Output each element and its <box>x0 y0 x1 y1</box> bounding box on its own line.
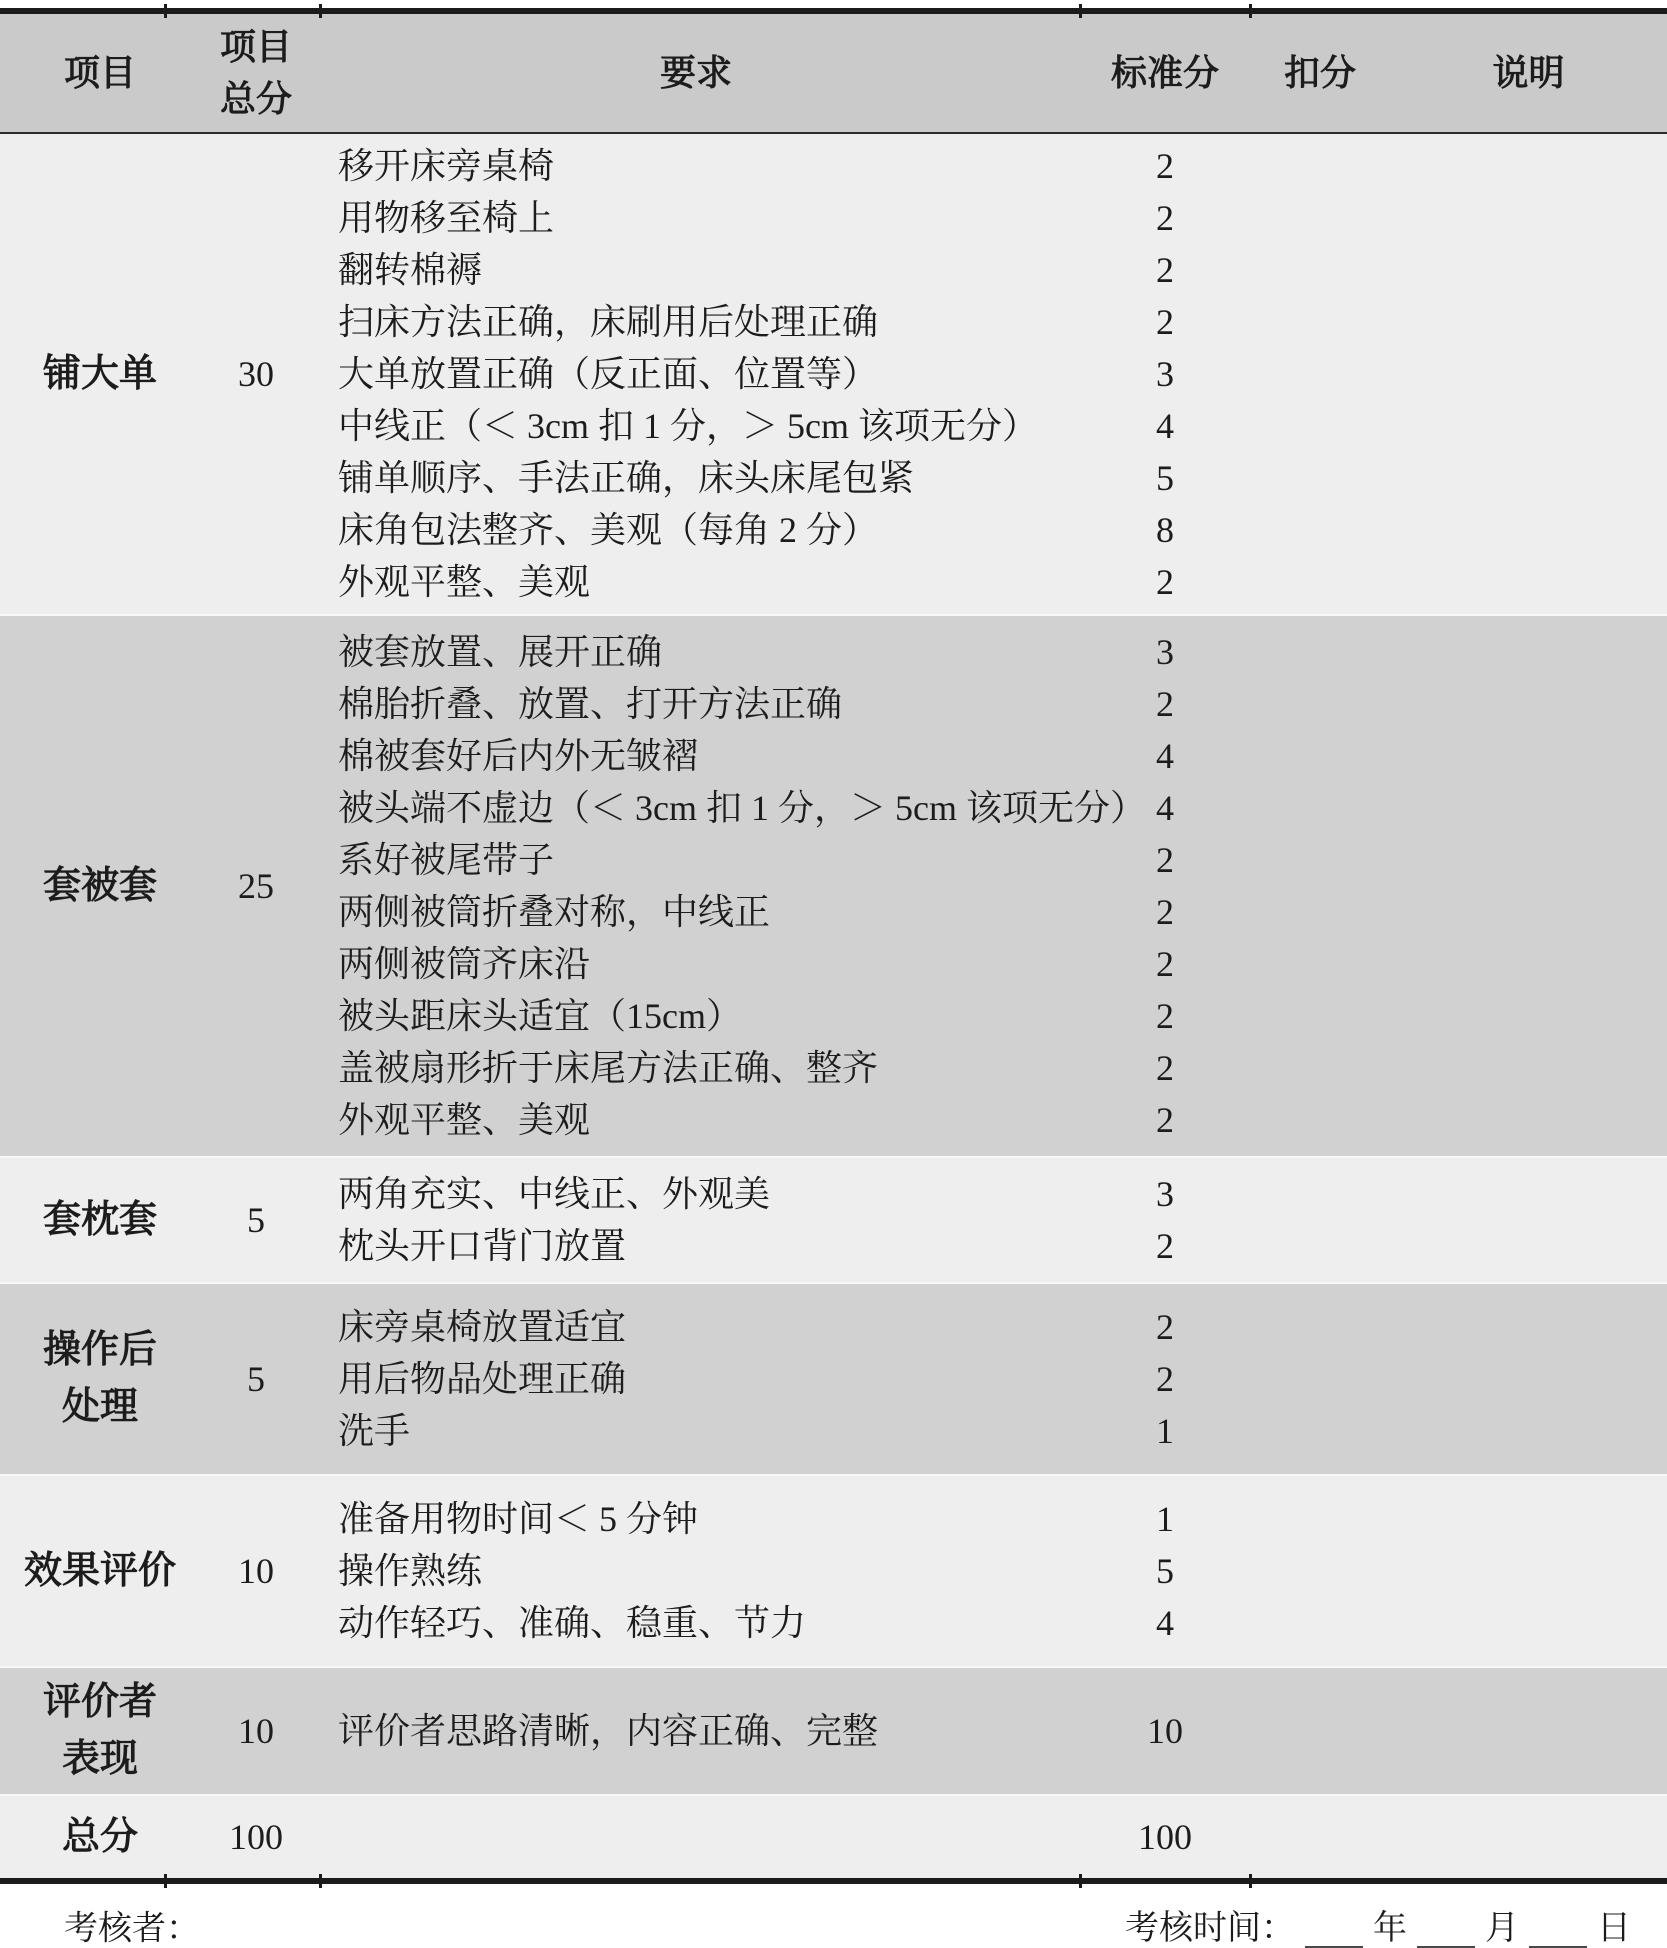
standard-score-cell: 2 <box>1080 1094 1250 1146</box>
deduction-cell <box>1250 834 1390 886</box>
requirement-cell: 枕头开口背门放置 <box>312 1220 1080 1272</box>
standard-score-cell: 2 <box>1080 192 1250 244</box>
note-cell <box>1390 244 1667 296</box>
column-tick <box>1249 4 1252 18</box>
header-note: 说明 <box>1390 47 1667 99</box>
note-cell <box>1390 400 1667 452</box>
note-cell <box>1390 140 1667 192</box>
requirement-cell: 动作轻巧、准确、稳重、节力 <box>312 1597 1080 1649</box>
requirement-cell: 两侧被筒折叠对称，中线正 <box>312 886 1080 938</box>
deduction-cell <box>1250 192 1390 244</box>
note-cell <box>1390 348 1667 400</box>
requirement-rows: 两角充实、中线正、外观美3枕头开口背门放置2 <box>312 1158 1667 1282</box>
table-header-row: 项目 项目 总分 要求 标准分 扣分 说明 <box>0 14 1667 134</box>
requirement-cell: 铺单顺序、手法正确，床头床尾包紧 <box>312 452 1080 504</box>
table-row: 铺单顺序、手法正确，床头床尾包紧5 <box>312 452 1667 504</box>
assessor-signature-line[interactable] <box>206 1912 411 1948</box>
requirement-cell: 被头端不虚边（＜ 3cm 扣 1 分，＞ 5cm 该项无分） <box>312 782 1080 834</box>
standard-score-cell: 2 <box>1080 886 1250 938</box>
requirement-cell: 被头距床头适宜（15cm） <box>312 990 1080 1042</box>
assessor-label: 考核者： <box>64 1910 200 1947</box>
table-top-border <box>0 8 1667 14</box>
standard-score-cell: 2 <box>1080 1220 1250 1272</box>
deduction-cell <box>1250 348 1390 400</box>
note-cell <box>1390 1042 1667 1094</box>
note-cell <box>1390 504 1667 556</box>
column-tick <box>319 1874 322 1888</box>
deduction-cell <box>1250 1353 1390 1405</box>
deduction-cell <box>1250 782 1390 834</box>
deduction-cell <box>1250 1493 1390 1545</box>
month-blank-line[interactable] <box>1417 1909 1475 1948</box>
standard-score-cell: 2 <box>1080 834 1250 886</box>
note-cell <box>1390 886 1667 938</box>
deduction-cell <box>1250 244 1390 296</box>
standard-score-cell: 2 <box>1080 244 1250 296</box>
deduction-cell <box>1250 886 1390 938</box>
deduction-cell <box>1250 1094 1390 1146</box>
requirement-cell: 棉胎折叠、放置、打开方法正确 <box>312 678 1080 730</box>
standard-score-cell: 3 <box>1080 1168 1250 1220</box>
form-footer: 考核者： 考核时间： 年 月 日 <box>0 1900 1667 1948</box>
table-row: 外观平整、美观2 <box>312 1094 1667 1146</box>
standard-score-cell: 100 <box>1080 1811 1250 1863</box>
table-row: 被头距床头适宜（15cm）2 <box>312 990 1667 1042</box>
note-cell <box>1390 834 1667 886</box>
note-cell <box>1390 782 1667 834</box>
requirement-cell: 大单放置正确（反正面、位置等） <box>312 348 1080 400</box>
day-blank-line[interactable] <box>1529 1909 1587 1948</box>
note-cell <box>1390 192 1667 244</box>
requirement-cell: 外观平整、美观 <box>312 556 1080 608</box>
header-deduction: 扣分 <box>1250 47 1390 99</box>
day-label: 日 <box>1597 1900 1631 1948</box>
rubric-section: 效果评价10准备用物时间＜ 5 分钟1操作熟练5动作轻巧、准确、稳重、节力4 <box>0 1474 1667 1666</box>
table-row: 被头端不虚边（＜ 3cm 扣 1 分，＞ 5cm 该项无分）4 <box>312 782 1667 834</box>
deduction-cell <box>1250 1301 1390 1353</box>
item-total-cell: 5 <box>200 1358 312 1400</box>
requirement-cell: 外观平整、美观 <box>312 1094 1080 1146</box>
table-row: 准备用物时间＜ 5 分钟1 <box>312 1493 1667 1545</box>
deduction-cell <box>1250 452 1390 504</box>
item-cell: 套枕套 <box>0 1192 200 1249</box>
standard-score-cell: 2 <box>1080 140 1250 192</box>
requirement-cell: 床旁桌椅放置适宜 <box>312 1301 1080 1353</box>
requirement-cell: 操作熟练 <box>312 1545 1080 1597</box>
table-row: 100 <box>312 1811 1667 1863</box>
item-cell: 总分 <box>0 1809 200 1866</box>
standard-score-cell: 2 <box>1080 1353 1250 1405</box>
month-label: 月 <box>1485 1900 1519 1948</box>
deduction-cell <box>1250 556 1390 608</box>
table-row: 两侧被筒折叠对称，中线正2 <box>312 886 1667 938</box>
requirement-cell: 床角包法整齐、美观（每角 2 分） <box>312 504 1080 556</box>
note-cell <box>1390 990 1667 1042</box>
note-cell <box>1390 938 1667 990</box>
assess-time-group: 考核时间： 年 月 日 <box>1125 1900 1631 1948</box>
deduction-cell <box>1250 1811 1390 1863</box>
note-cell <box>1390 1168 1667 1220</box>
requirement-rows: 100 <box>312 1796 1667 1878</box>
requirement-cell: 用物移至椅上 <box>312 192 1080 244</box>
header-requirement: 要求 <box>312 47 1080 99</box>
requirement-cell <box>312 1811 1080 1863</box>
requirement-cell: 系好被尾带子 <box>312 834 1080 886</box>
table-row: 动作轻巧、准确、稳重、节力4 <box>312 1597 1667 1649</box>
standard-score-cell: 4 <box>1080 400 1250 452</box>
table-row: 外观平整、美观2 <box>312 556 1667 608</box>
item-total-cell: 25 <box>200 865 312 907</box>
requirement-cell: 用后物品处理正确 <box>312 1353 1080 1405</box>
table-row: 中线正（＜ 3cm 扣 1 分，＞ 5cm 该项无分）4 <box>312 400 1667 452</box>
requirement-cell: 移开床旁桌椅 <box>312 140 1080 192</box>
rubric-section: 套枕套5两角充实、中线正、外观美3枕头开口背门放置2 <box>0 1156 1667 1282</box>
deduction-cell <box>1250 504 1390 556</box>
table-row: 盖被扇形折于床尾方法正确、整齐2 <box>312 1042 1667 1094</box>
standard-score-cell: 4 <box>1080 730 1250 782</box>
table-row: 床旁桌椅放置适宜2 <box>312 1301 1667 1353</box>
standard-score-cell: 3 <box>1080 626 1250 678</box>
column-tick <box>319 4 322 18</box>
standard-score-cell: 1 <box>1080 1405 1250 1457</box>
column-tick <box>164 1874 167 1888</box>
deduction-cell <box>1250 1597 1390 1649</box>
header-item-total: 项目 总分 <box>200 21 312 125</box>
deduction-cell <box>1250 626 1390 678</box>
deduction-cell <box>1250 938 1390 990</box>
requirement-rows: 准备用物时间＜ 5 分钟1操作熟练5动作轻巧、准确、稳重、节力4 <box>312 1476 1667 1666</box>
note-cell <box>1390 626 1667 678</box>
requirement-rows: 床旁桌椅放置适宜2用后物品处理正确2洗手1 <box>312 1284 1667 1474</box>
note-cell <box>1390 1094 1667 1146</box>
requirement-rows: 移开床旁桌椅2用物移至椅上2翻转棉褥2扫床方法正确，床刷用后处理正确2大单放置正… <box>312 134 1667 614</box>
standard-score-cell: 2 <box>1080 938 1250 990</box>
table-row: 两角充实、中线正、外观美3 <box>312 1168 1667 1220</box>
table-row: 棉被套好后内外无皱褶4 <box>312 730 1667 782</box>
requirement-cell: 准备用物时间＜ 5 分钟 <box>312 1493 1080 1545</box>
deduction-cell <box>1250 1405 1390 1457</box>
standard-score-cell: 4 <box>1080 782 1250 834</box>
requirement-cell: 扫床方法正确，床刷用后处理正确 <box>312 296 1080 348</box>
assess-time-label: 考核时间： <box>1125 1900 1295 1948</box>
standard-score-cell: 3 <box>1080 348 1250 400</box>
standard-score-cell: 5 <box>1080 452 1250 504</box>
rubric-section: 总分100100 <box>0 1794 1667 1878</box>
table-row: 两侧被筒齐床沿2 <box>312 938 1667 990</box>
note-cell <box>1390 556 1667 608</box>
header-item: 项目 <box>0 47 200 99</box>
note-cell <box>1390 730 1667 782</box>
table-row: 被套放置、展开正确3 <box>312 626 1667 678</box>
rubric-section: 操作后 处理5床旁桌椅放置适宜2用后物品处理正确2洗手1 <box>0 1282 1667 1474</box>
rubric-section: 评价者 表现10评价者思路清晰，内容正确、完整10 <box>0 1666 1667 1794</box>
deduction-cell <box>1250 730 1390 782</box>
deduction-cell <box>1250 678 1390 730</box>
requirement-cell: 棉被套好后内外无皱褶 <box>312 730 1080 782</box>
table-row: 用后物品处理正确2 <box>312 1353 1667 1405</box>
standard-score-cell: 2 <box>1080 556 1250 608</box>
column-tick <box>1079 1874 1082 1888</box>
rubric-section: 套被套25被套放置、展开正确3棉胎折叠、放置、打开方法正确2棉被套好后内外无皱褶… <box>0 614 1667 1156</box>
table-row: 大单放置正确（反正面、位置等）3 <box>312 348 1667 400</box>
rubric-section: 铺大单30移开床旁桌椅2用物移至椅上2翻转棉褥2扫床方法正确，床刷用后处理正确2… <box>0 134 1667 614</box>
deduction-cell <box>1250 1220 1390 1272</box>
header-standard-score: 标准分 <box>1080 47 1250 99</box>
requirement-cell: 翻转棉褥 <box>312 244 1080 296</box>
note-cell <box>1390 1545 1667 1597</box>
standard-score-cell: 5 <box>1080 1545 1250 1597</box>
standard-score-cell: 2 <box>1080 990 1250 1042</box>
requirement-cell: 中线正（＜ 3cm 扣 1 分，＞ 5cm 该项无分） <box>312 400 1080 452</box>
requirement-cell: 被套放置、展开正确 <box>312 626 1080 678</box>
note-cell <box>1390 1811 1667 1863</box>
note-cell <box>1390 1405 1667 1457</box>
deduction-cell <box>1250 400 1390 452</box>
column-tick <box>1079 4 1082 18</box>
item-total-cell: 100 <box>200 1816 312 1858</box>
deduction-cell <box>1250 990 1390 1042</box>
requirement-cell: 两侧被筒齐床沿 <box>312 938 1080 990</box>
note-cell <box>1390 1301 1667 1353</box>
deduction-cell <box>1250 1168 1390 1220</box>
standard-score-cell: 4 <box>1080 1597 1250 1649</box>
standard-score-cell: 2 <box>1080 296 1250 348</box>
table-row: 用物移至椅上2 <box>312 192 1667 244</box>
standard-score-cell: 1 <box>1080 1493 1250 1545</box>
item-total-cell: 10 <box>200 1710 312 1752</box>
table-row: 枕头开口背门放置2 <box>312 1220 1667 1272</box>
deduction-cell <box>1250 296 1390 348</box>
item-cell: 铺大单 <box>0 346 200 403</box>
table-bottom-border <box>0 1878 1667 1884</box>
item-total-cell: 10 <box>200 1550 312 1592</box>
note-cell <box>1390 296 1667 348</box>
column-tick <box>1249 1874 1252 1888</box>
table-row: 洗手1 <box>312 1405 1667 1457</box>
table-row: 系好被尾带子2 <box>312 834 1667 886</box>
note-cell <box>1390 1597 1667 1649</box>
scoring-rubric-page: 项目 项目 总分 要求 标准分 扣分 说明 铺大单30移开床旁桌椅2用物移至椅上… <box>0 8 1667 1948</box>
standard-score-cell: 2 <box>1080 1042 1250 1094</box>
item-cell: 效果评价 <box>0 1543 200 1600</box>
note-cell <box>1390 1220 1667 1272</box>
standard-score-cell: 8 <box>1080 504 1250 556</box>
requirement-rows: 评价者思路清晰，内容正确、完整10 <box>312 1668 1667 1794</box>
note-cell <box>1390 678 1667 730</box>
table-body: 铺大单30移开床旁桌椅2用物移至椅上2翻转棉褥2扫床方法正确，床刷用后处理正确2… <box>0 134 1667 1878</box>
requirement-cell: 洗手 <box>312 1405 1080 1457</box>
requirement-cell: 两角充实、中线正、外观美 <box>312 1168 1080 1220</box>
note-cell <box>1390 1493 1667 1545</box>
deduction-cell <box>1250 1545 1390 1597</box>
table-row: 床角包法整齐、美观（每角 2 分）8 <box>312 504 1667 556</box>
note-cell <box>1390 1705 1667 1757</box>
table-row: 翻转棉褥2 <box>312 244 1667 296</box>
item-cell: 操作后 处理 <box>0 1322 200 1436</box>
item-cell: 套被套 <box>0 858 200 915</box>
item-cell: 评价者 表现 <box>0 1674 200 1788</box>
standard-score-cell: 10 <box>1080 1705 1250 1757</box>
assessor-group: 考核者： <box>64 1900 411 1948</box>
table-row: 评价者思路清晰，内容正确、完整10 <box>312 1705 1667 1757</box>
standard-score-cell: 2 <box>1080 1301 1250 1353</box>
table-row: 移开床旁桌椅2 <box>312 140 1667 192</box>
item-total-cell: 30 <box>200 353 312 395</box>
table-row: 棉胎折叠、放置、打开方法正确2 <box>312 678 1667 730</box>
year-blank-line[interactable] <box>1305 1909 1363 1948</box>
table-row: 操作熟练5 <box>312 1545 1667 1597</box>
requirement-cell: 评价者思路清晰，内容正确、完整 <box>312 1705 1080 1757</box>
note-cell <box>1390 1353 1667 1405</box>
deduction-cell <box>1250 1705 1390 1757</box>
standard-score-cell: 2 <box>1080 678 1250 730</box>
requirement-cell: 盖被扇形折于床尾方法正确、整齐 <box>312 1042 1080 1094</box>
year-label: 年 <box>1373 1900 1407 1948</box>
note-cell <box>1390 452 1667 504</box>
column-tick <box>164 4 167 18</box>
table-row: 扫床方法正确，床刷用后处理正确2 <box>312 296 1667 348</box>
requirement-rows: 被套放置、展开正确3棉胎折叠、放置、打开方法正确2棉被套好后内外无皱褶4被头端不… <box>312 616 1667 1156</box>
deduction-cell <box>1250 1042 1390 1094</box>
deduction-cell <box>1250 140 1390 192</box>
item-total-cell: 5 <box>200 1199 312 1241</box>
